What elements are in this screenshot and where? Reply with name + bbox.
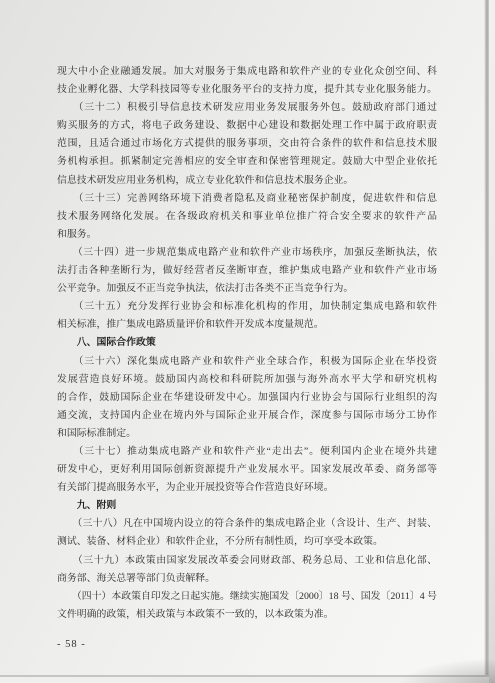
text-line: 的合作，鼓励国际企业在华建设研发中心。加强国内行业协会与国际行业组织的沟 xyxy=(57,389,437,407)
text-line: （三十五）充分发挥行业协会和标准化机构的作用，加快制定集成电路和软件 xyxy=(57,298,437,316)
text-line: （三十六）深化集成电路产业和软件产业全球合作，积极为国际企业在华投资 xyxy=(57,353,437,371)
text-line: （三十七）推动集成电路产业和软件产业“走出去”。便利国内企业在境外共建 xyxy=(57,443,437,461)
document-text-body: 现大中小企业融通发展。加大对服务于集成电路和软件产业的专业化众创空间、科技企业孵… xyxy=(57,63,437,624)
text-line: 测试、装备、材料企业）和软件企业，不分所有制性质，均可享受本政策。 xyxy=(57,533,437,551)
text-line: 通交流，支持国内企业在境内外与国际企业开展合作，深度参与国际市场分工协作 xyxy=(57,407,437,425)
text-line: 务机构承担。抓紧制定完善相应的安全审查和保密管理规定。鼓励大中型企业依托 xyxy=(57,153,437,171)
page-number: - 58 - xyxy=(57,639,86,650)
text-line: （三十三）完善网络环境下消费者隐私及商业秘密保护制度，促进软件和信息 xyxy=(57,190,437,208)
text-line: （三十四）进一步规范集成电路产业和软件产业市场秩序，加强反垄断执法，依 xyxy=(57,244,437,262)
bottom-right-corner-shade xyxy=(400,658,495,683)
scan-right-gutter xyxy=(489,0,495,683)
text-line: 范围，且适合通过市场化方式提供的服务事项，交由符合条件的软件和信息技术服 xyxy=(57,135,437,153)
text-line: （四十）本政策自印发之日起实施。继续实施国发〔2000〕18 号、国发〔2011… xyxy=(57,588,437,606)
text-line: 信息技术研发应用业务机构，成立专业化软件和信息技术服务企业。 xyxy=(57,172,437,190)
text-line: 研发中心，更好利用国际创新资源提升产业发展水平。国家发展改革委、商务部等 xyxy=(57,461,437,479)
text-line: 购买服务的方式，将电子政务建设、数据中心建设和数据处理工作中属于政府职责 xyxy=(57,117,437,135)
text-line: 文件明确的政策，相关政策与本政策不一致的，以本政策为准。 xyxy=(57,606,437,624)
section-heading: 九、附则 xyxy=(57,497,437,515)
text-line: 法打击各种垄断行为，做好经营者反垄断审查，维护集成电路产业和软件产业市场 xyxy=(57,262,437,280)
page-surface: 现大中小企业融通发展。加大对服务于集成电路和软件产业的专业化众创空间、科技企业孵… xyxy=(0,0,487,676)
text-line: （三十八）凡在中国境内设立的符合条件的集成电路企业（含设计、生产、封装、 xyxy=(57,515,437,533)
text-line: 技企业孵化器、大学科技园等专业化服务平台的支持力度，提升其专业化服务能力。 xyxy=(57,81,437,99)
text-line: 发展营造良好环境。鼓励国内高校和科研院所加强与海外高水平大学和研究机构 xyxy=(57,371,437,389)
text-line: 相关标准，推广集成电路质量评价和软件开发成本度量规范。 xyxy=(57,316,437,334)
text-line: 和国际标准制定。 xyxy=(57,425,437,443)
text-line: 和服务。 xyxy=(57,226,437,244)
text-line: （三十二）积极引导信息技术研发应用业务发展服务外包。鼓励政府部门通过 xyxy=(57,99,437,117)
text-line: 公平竞争。加强反不正当竞争执法，依法打击各类不正当竞争行为。 xyxy=(57,280,437,298)
text-line: 现大中小企业融通发展。加大对服务于集成电路和软件产业的专业化众创空间、科 xyxy=(57,63,437,81)
text-line: 有关部门提高服务水平，为企业开展投资等合作营造良好环境。 xyxy=(57,479,437,497)
text-line: 技术服务网络化发展。在各级政府机关和事业单位推广符合安全要求的软件产品 xyxy=(57,208,437,226)
text-line: 商务部、海关总署等部门负责解释。 xyxy=(57,570,437,588)
section-heading: 八、国际合作政策 xyxy=(57,334,437,352)
text-line: （三十九）本政策由国家发展改革委会同财政部、税务总局、工业和信息化部、 xyxy=(57,552,437,570)
scanned-document-page: 现大中小企业融通发展。加大对服务于集成电路和软件产业的专业化众创空间、科技企业孵… xyxy=(0,0,495,683)
